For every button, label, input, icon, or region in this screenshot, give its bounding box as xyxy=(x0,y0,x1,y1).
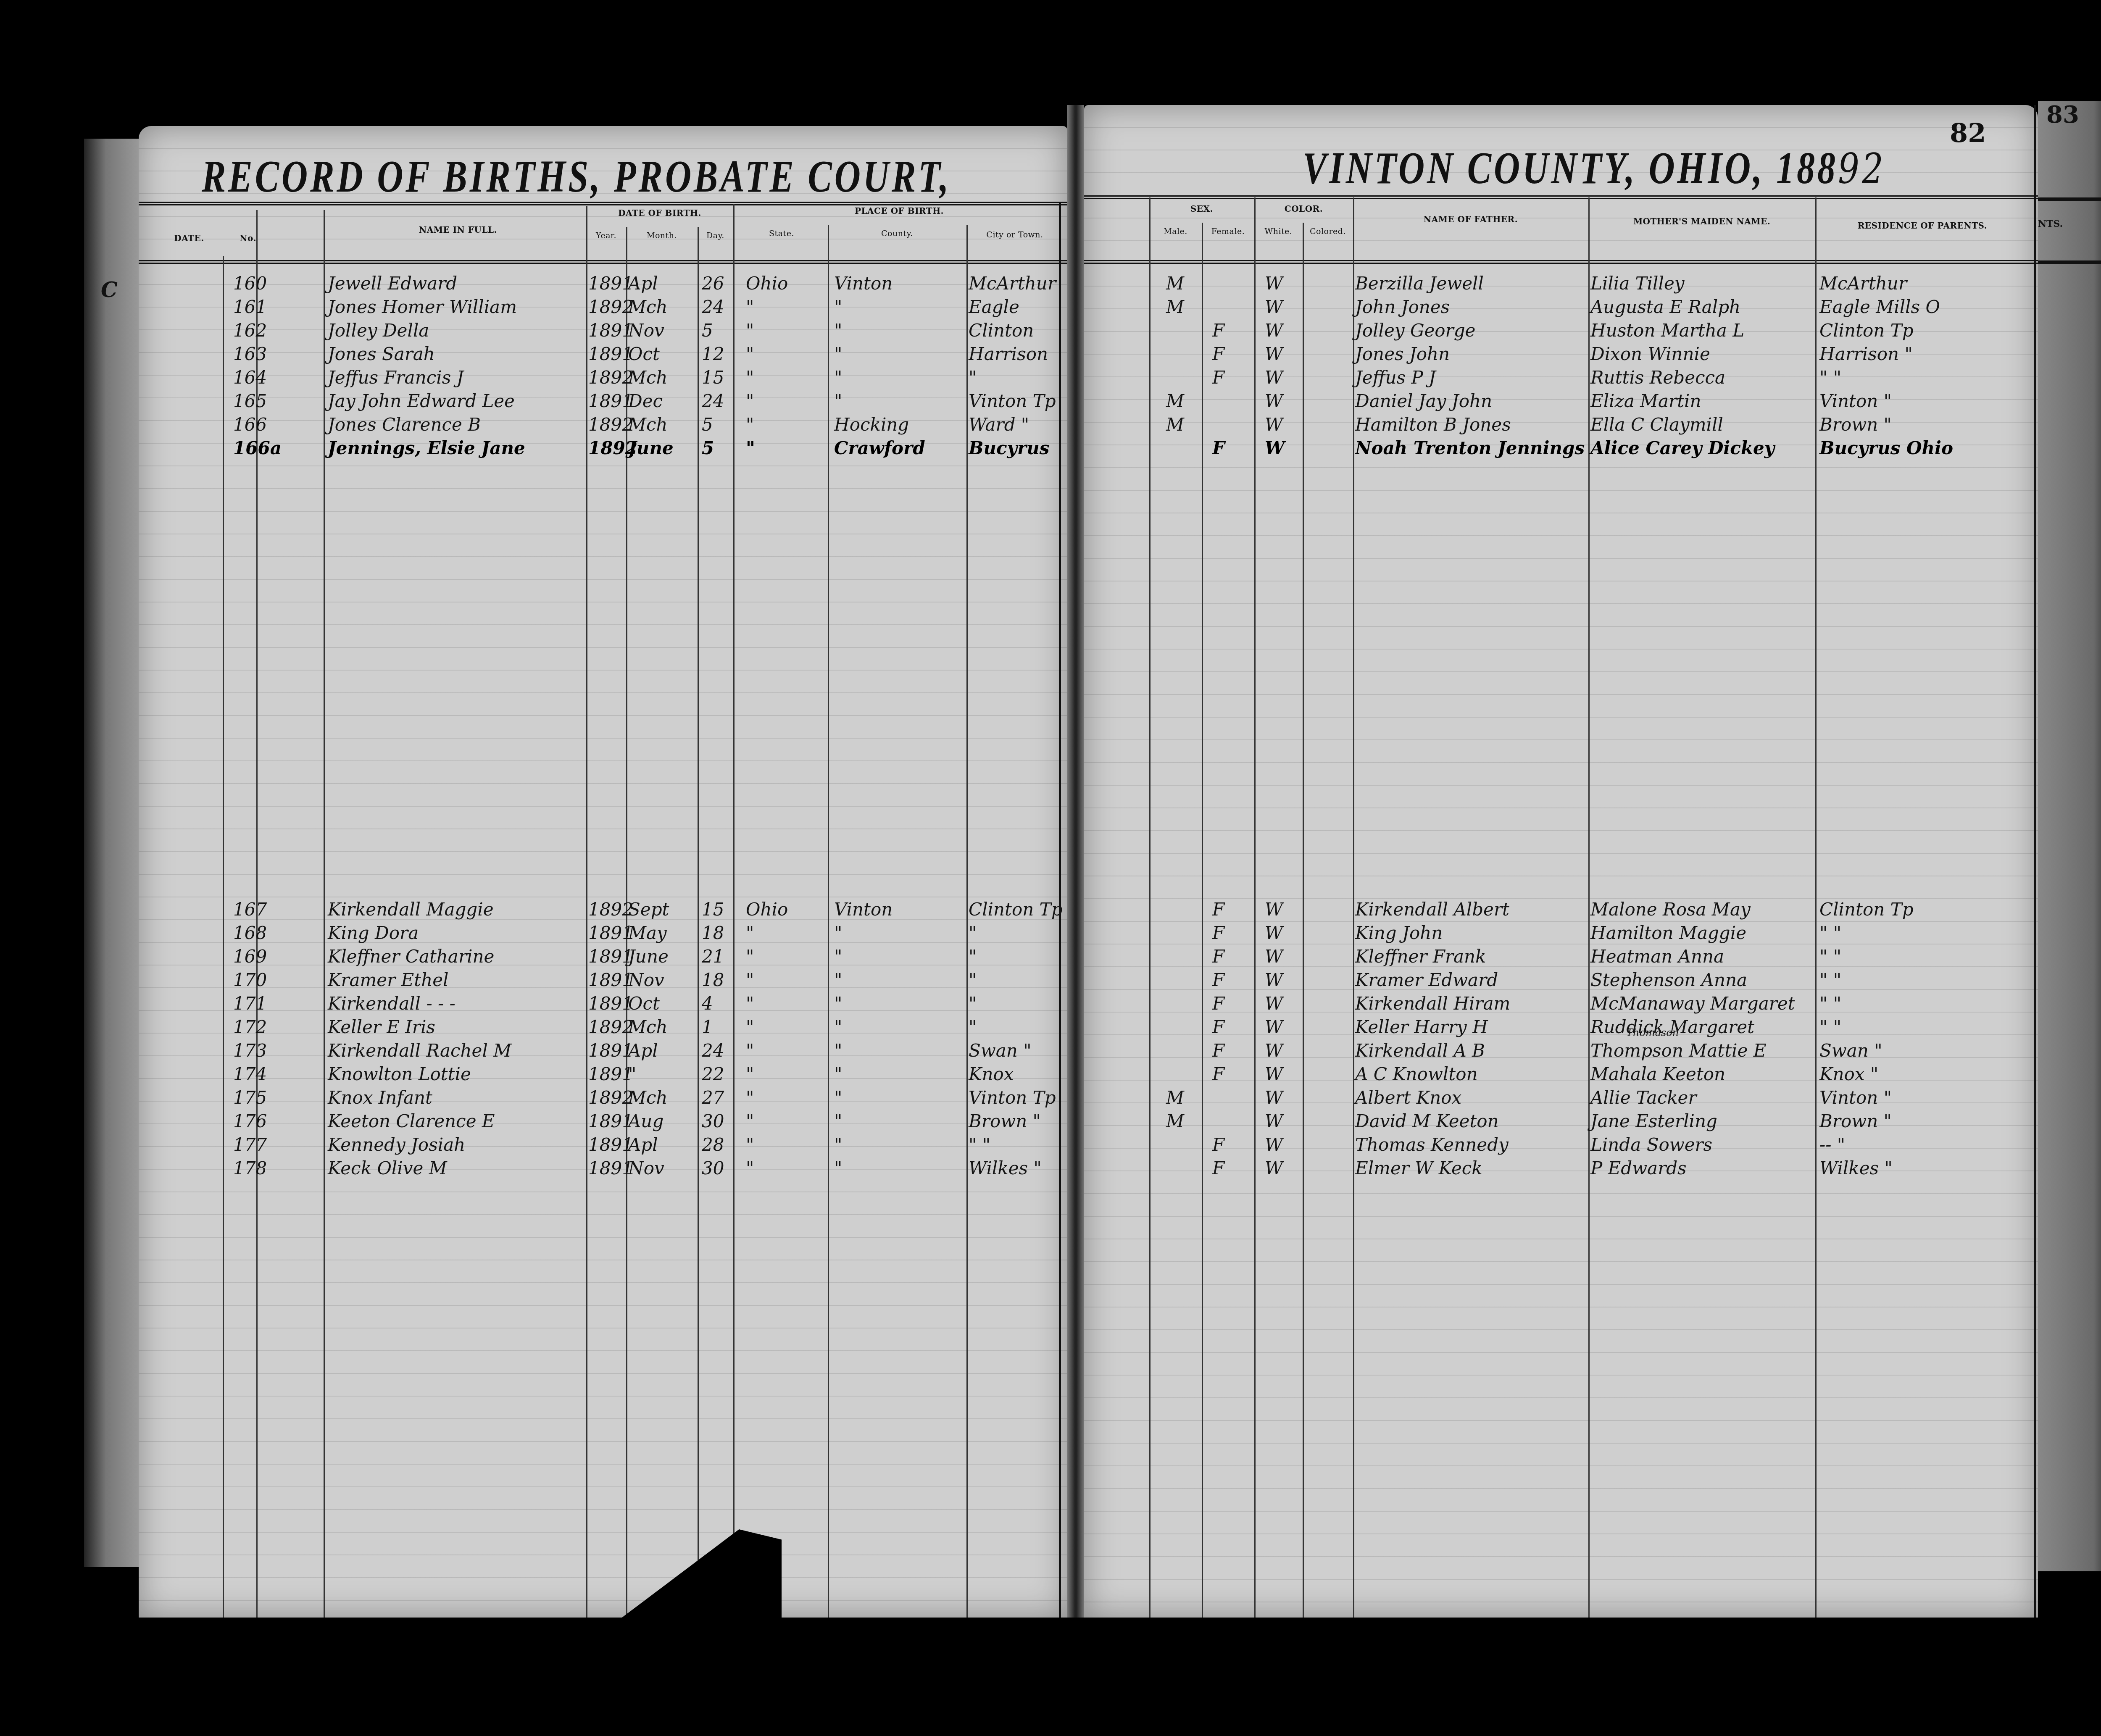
entry-day: 22 xyxy=(702,1064,724,1084)
entry-sex-male: M xyxy=(1166,1111,1184,1131)
entry-father: Jolley George xyxy=(1355,320,1475,341)
entry-year: 1891 xyxy=(588,391,633,411)
entry-color-white: W xyxy=(1265,414,1283,435)
entry-year: 1892 xyxy=(588,297,633,317)
entry-sex-female: F xyxy=(1212,970,1224,990)
entry-residence: -- " xyxy=(1819,1134,1845,1155)
county-title: VINTON COUNTY, OHIO, 188 xyxy=(1303,143,1838,193)
entry-name: Jolley Della xyxy=(328,320,429,341)
entry-father: Kirkendall Albert xyxy=(1355,899,1509,920)
column-header-city: City or Town. xyxy=(966,230,1063,239)
column-header-place-of-birth: PLACE OF BIRTH. xyxy=(735,206,1063,216)
entry-residence: Knox " xyxy=(1819,1064,1878,1084)
entry-number: 176 xyxy=(233,1111,267,1131)
entry-number: 171 xyxy=(233,993,267,1014)
entry-sex-female: F xyxy=(1212,946,1224,967)
entry-city: Brown " xyxy=(969,1111,1041,1131)
entry-father: Elmer W Keck xyxy=(1355,1158,1482,1178)
entry-father: Noah Trenton Jennings xyxy=(1355,438,1585,458)
divider xyxy=(2038,260,2101,264)
column-rule xyxy=(1149,197,1151,1618)
entry-county: " xyxy=(834,993,842,1014)
entry-mother: P Edwards xyxy=(1590,1158,1687,1178)
entry-state: " xyxy=(746,1134,754,1155)
entry-state: " xyxy=(746,970,754,990)
entry-number: 178 xyxy=(233,1158,267,1178)
entry-name: Jennings, Elsie Jane xyxy=(328,438,525,458)
entry-day: 28 xyxy=(702,1134,724,1155)
entry-residence: Clinton Tp xyxy=(1819,899,1914,920)
entry-city: Swan " xyxy=(969,1040,1031,1061)
column-header-date-of-birth: DATE OF BIRTH. xyxy=(586,208,733,218)
entry-number: 167 xyxy=(233,899,267,920)
entry-name: Jay John Edward Lee xyxy=(328,391,515,411)
entry-mother: Ruttis Rebecca xyxy=(1590,367,1725,388)
entry-year: 1891 xyxy=(588,320,633,341)
column-rule xyxy=(733,204,735,1618)
entry-city: Clinton Tp xyxy=(969,899,1063,920)
entry-city: " xyxy=(969,993,977,1014)
entry-color-white: W xyxy=(1265,1040,1283,1061)
entry-name: Knox Infant xyxy=(328,1087,432,1108)
entry-county: " xyxy=(834,344,842,364)
entry-name: Kirkendall Maggie xyxy=(328,899,494,920)
entry-mother: Linda Sowers xyxy=(1590,1134,1712,1155)
entry-number: 166 xyxy=(233,414,267,435)
entry-number: 175 xyxy=(233,1087,267,1108)
entry-father: Albert Knox xyxy=(1355,1087,1461,1108)
entry-mother: Augusta E Ralph xyxy=(1590,297,1740,317)
entry-county: " xyxy=(834,1017,842,1037)
entry-day: 30 xyxy=(702,1158,724,1178)
entry-color-white: W xyxy=(1265,923,1283,943)
entry-month: " xyxy=(628,1064,636,1084)
column-rule xyxy=(1303,223,1304,1618)
column-header-father: NAME OF FATHER. xyxy=(1353,214,1588,224)
entry-month: Apl xyxy=(628,273,658,294)
entry-color-white: W xyxy=(1265,344,1283,364)
column-rule xyxy=(1815,197,1817,1618)
entry-year: 1891 xyxy=(588,946,633,967)
column-header-month: Month. xyxy=(626,231,698,240)
entry-state: " xyxy=(746,1064,754,1084)
entry-city: Wilkes " xyxy=(969,1158,1042,1178)
entry-city: McArthur xyxy=(969,273,1056,294)
entry-state: Ohio xyxy=(746,899,788,920)
entry-color-white: W xyxy=(1265,1087,1283,1108)
entry-mother-correction: Thomason xyxy=(1626,1027,1679,1039)
entry-residence: Bucyrus Ohio xyxy=(1819,438,1953,458)
entry-day: 18 xyxy=(702,970,724,990)
entry-county: " xyxy=(834,367,842,388)
entry-residence: " " xyxy=(1819,993,1841,1014)
entry-residence: " " xyxy=(1819,367,1841,388)
entry-state: " xyxy=(746,1040,754,1061)
column-header-day: Day. xyxy=(698,231,733,240)
entry-color-white: W xyxy=(1265,946,1283,967)
entry-residence: Clinton Tp xyxy=(1819,320,1914,341)
entry-sex-female: F xyxy=(1212,320,1224,341)
entry-city: " xyxy=(969,1017,977,1037)
page-number: 82 xyxy=(1950,118,1986,148)
entry-mother: Allie Tacker xyxy=(1590,1087,1697,1108)
entry-year: 1891 xyxy=(588,993,633,1014)
entry-state: " xyxy=(746,438,755,458)
entry-mother: Lilia Tilley xyxy=(1590,273,1684,294)
entry-county: " xyxy=(834,297,842,317)
entry-residence: Brown " xyxy=(1819,414,1892,435)
entry-mother: Heatman Anna xyxy=(1590,946,1724,967)
entry-state: " xyxy=(746,344,754,364)
entry-day: 15 xyxy=(702,367,724,388)
entry-county: " xyxy=(834,1134,842,1155)
column-rule xyxy=(2034,105,2036,1618)
entry-residence: " " xyxy=(1819,946,1841,967)
entry-mother: Malone Rosa May xyxy=(1590,899,1751,920)
column-header-white: White. xyxy=(1254,227,1303,236)
entry-month: Mch xyxy=(628,367,668,388)
entry-month: Dec xyxy=(628,391,663,411)
entry-sex-female: F xyxy=(1212,1134,1224,1155)
entry-day: 21 xyxy=(702,946,724,967)
column-header-year: Year. xyxy=(586,231,626,240)
entry-residence: Wilkes " xyxy=(1819,1158,1893,1178)
column-rule xyxy=(626,227,627,1618)
entry-day: 27 xyxy=(702,1087,724,1108)
entry-mother: Alice Carey Dickey xyxy=(1590,438,1775,458)
entry-residence: McArthur xyxy=(1819,273,1907,294)
entry-name: Kramer Ethel xyxy=(328,970,448,990)
entry-year: 1892 xyxy=(588,1017,633,1037)
entry-state: " xyxy=(746,1017,754,1037)
entry-day: 1 xyxy=(702,1017,713,1037)
entry-month: Mch xyxy=(628,1087,668,1108)
entry-residence: Swan " xyxy=(1819,1040,1882,1061)
entry-name: Keck Olive M xyxy=(328,1158,447,1178)
entry-city: Clinton xyxy=(969,320,1034,341)
entry-residence: Vinton " xyxy=(1819,1087,1892,1108)
column-rule xyxy=(698,227,699,1618)
entry-father: King John xyxy=(1355,923,1443,943)
entry-color-white: W xyxy=(1265,899,1283,920)
entry-county: " xyxy=(834,1087,842,1108)
entry-year: 1892 xyxy=(588,367,633,388)
entry-city: Eagle xyxy=(969,297,1019,317)
entry-color-white: W xyxy=(1265,320,1283,341)
entry-month: Mch xyxy=(628,1017,668,1037)
entry-city: Harrison xyxy=(969,344,1048,364)
previous-page-edge: C xyxy=(84,139,139,1567)
entry-number: 164 xyxy=(233,367,267,388)
entry-name: Jones Sarah xyxy=(328,344,435,364)
entry-sex-female: F xyxy=(1212,1017,1224,1037)
entry-mother: Mahala Keeton xyxy=(1590,1064,1725,1084)
entry-year: 1891 xyxy=(588,1158,633,1178)
column-header-county: County. xyxy=(828,229,966,238)
entry-sex-male: M xyxy=(1166,391,1184,411)
entry-state: " xyxy=(746,391,754,411)
entry-name: Kirkendall Rachel M xyxy=(328,1040,511,1061)
entry-city: Vinton Tp xyxy=(969,1087,1056,1108)
entry-father: Kramer Edward xyxy=(1355,970,1498,990)
entry-mother: Dixon Winnie xyxy=(1590,344,1710,364)
entry-mother: Hamilton Maggie xyxy=(1590,923,1746,943)
entry-month: Oct xyxy=(628,993,660,1014)
entry-color-white: W xyxy=(1265,1158,1283,1178)
entry-state: " xyxy=(746,414,754,435)
entry-father: Berzilla Jewell xyxy=(1355,273,1484,294)
entry-father: Jeffus P J xyxy=(1355,367,1436,388)
entry-day: 30 xyxy=(702,1111,724,1131)
column-header-male: Male. xyxy=(1149,227,1202,236)
entry-color-white: W xyxy=(1265,970,1283,990)
entry-month: Sept xyxy=(628,899,669,920)
entry-city: Vinton Tp xyxy=(969,391,1056,411)
entry-color-white: W xyxy=(1265,993,1283,1014)
entry-day: 5 xyxy=(702,320,713,341)
entry-city: Knox xyxy=(969,1064,1014,1084)
column-header-state: State. xyxy=(735,229,828,238)
entry-month: Mch xyxy=(628,297,668,317)
next-page-edge: 83 NTS. xyxy=(2038,101,2101,1571)
entry-year: 1892 xyxy=(588,414,633,435)
entry-month: Nov xyxy=(628,320,664,341)
entry-year: 1891 xyxy=(588,970,633,990)
entry-name: Jeffus Francis J xyxy=(328,367,463,388)
column-rule xyxy=(324,210,325,1618)
entry-day: 24 xyxy=(702,391,724,411)
entry-month: May xyxy=(628,923,667,943)
column-rule xyxy=(1202,223,1203,1618)
entry-father: A C Knowlton xyxy=(1355,1064,1477,1084)
entry-father: Daniel Jay John xyxy=(1355,391,1492,411)
entry-sex-female: F xyxy=(1212,899,1224,920)
entry-month: June xyxy=(628,438,674,458)
entry-state: " xyxy=(746,946,754,967)
entry-year: 1891 xyxy=(588,1064,633,1084)
entry-father: David M Keeton xyxy=(1355,1111,1499,1131)
entry-state: " xyxy=(746,923,754,943)
entry-residence: " " xyxy=(1819,1017,1841,1037)
entry-mother: Thompson Mattie E xyxy=(1590,1040,1766,1061)
entry-city: Bucyrus xyxy=(969,438,1049,458)
entry-number: 168 xyxy=(233,923,267,943)
entry-name: Keller E Iris xyxy=(328,1017,435,1037)
entry-county: Hocking xyxy=(834,414,909,435)
entry-number: 169 xyxy=(233,946,267,967)
entry-year: 1892 xyxy=(588,899,633,920)
entry-mother: Eliza Martin xyxy=(1590,391,1701,411)
entry-name: Kirkendall - - - xyxy=(328,993,455,1014)
entry-residence: Eagle Mills O xyxy=(1819,297,1940,317)
entry-number: 174 xyxy=(233,1064,267,1084)
entry-residence: " " xyxy=(1819,970,1841,990)
entry-year: 1891 xyxy=(588,923,633,943)
entry-mother: Jane Esterling xyxy=(1590,1111,1717,1131)
entry-county: " xyxy=(834,923,842,943)
adjacent-page-number: 83 xyxy=(2046,101,2079,129)
entry-state: " xyxy=(746,1111,754,1131)
entry-county: Vinton xyxy=(834,273,893,294)
entry-father: John Jones xyxy=(1355,297,1450,317)
entry-county: " xyxy=(834,320,842,341)
entry-county: " xyxy=(834,1111,842,1131)
entry-month: Aug xyxy=(628,1111,663,1131)
column-rule xyxy=(1588,197,1590,1618)
entry-month: Nov xyxy=(628,970,664,990)
column-header-color: COLOR. xyxy=(1254,204,1353,214)
entry-mother: Huston Martha L xyxy=(1590,320,1744,341)
entry-color-white: W xyxy=(1265,1111,1283,1131)
entry-name: Jones Clarence B xyxy=(328,414,481,435)
entry-county: Vinton xyxy=(834,899,893,920)
entry-sex-female: F xyxy=(1212,344,1224,364)
left-page-title: RECORD OF BIRTHS, PROBATE COURT, xyxy=(202,150,951,203)
entry-mother: McManaway Margaret xyxy=(1590,993,1795,1014)
entry-name: Keeton Clarence E xyxy=(328,1111,495,1131)
entry-state: " xyxy=(746,320,754,341)
entry-month: Mch xyxy=(628,414,668,435)
adjacent-header-fragment: NTS. xyxy=(2038,218,2063,229)
entry-county: " xyxy=(834,970,842,990)
entry-number: 166a xyxy=(233,438,282,458)
entry-state: " xyxy=(746,993,754,1014)
divider xyxy=(2038,197,2101,201)
entry-name: Jones Homer William xyxy=(328,297,517,317)
entry-county: Crawford xyxy=(834,438,925,458)
column-header-date: DATE. xyxy=(160,233,219,243)
entry-name: Knowlton Lottie xyxy=(328,1064,471,1084)
entry-state: Ohio xyxy=(746,273,788,294)
entry-father: Kirkendall Hiram xyxy=(1355,993,1510,1014)
entry-color-white: W xyxy=(1265,1134,1283,1155)
entry-city: " " xyxy=(969,1134,990,1155)
entry-state: " xyxy=(746,297,754,317)
entry-day: 5 xyxy=(702,438,714,458)
entry-city: Ward " xyxy=(969,414,1029,435)
column-header-residence: RESIDENCE OF PARENTS. xyxy=(1815,221,2030,231)
entry-county: " xyxy=(834,1064,842,1084)
entry-mother: Stephenson Anna xyxy=(1590,970,1747,990)
entry-sex-female: F xyxy=(1212,923,1224,943)
entry-city: " xyxy=(969,367,977,388)
entry-sex-female: F xyxy=(1212,1040,1224,1061)
column-header-name: NAME IN FULL. xyxy=(328,225,588,235)
entry-color-white: W xyxy=(1265,297,1283,317)
entry-month: Oct xyxy=(628,344,660,364)
entry-name: Kennedy Josiah xyxy=(328,1134,465,1155)
handwritten-year-suffix: 92 xyxy=(1838,145,1886,193)
entry-residence: Brown " xyxy=(1819,1111,1892,1131)
entry-number: 162 xyxy=(233,320,267,341)
column-rule xyxy=(586,206,587,1618)
entry-name: Kleffner Catharine xyxy=(328,946,494,967)
entry-father: Hamilton B Jones xyxy=(1355,414,1511,435)
entry-color-white: W xyxy=(1265,273,1283,294)
entry-month: June xyxy=(628,946,669,967)
entry-sex-female: F xyxy=(1212,438,1225,458)
entry-state: " xyxy=(746,1158,754,1178)
entry-year: 1891 xyxy=(588,1134,633,1155)
entry-sex-male: M xyxy=(1166,1087,1184,1108)
entry-number: 163 xyxy=(233,344,267,364)
entry-year: 1891 xyxy=(588,1111,633,1131)
entry-number: 177 xyxy=(233,1134,267,1155)
entry-number: 165 xyxy=(233,391,267,411)
entry-county: " xyxy=(834,946,842,967)
entry-month: Apl xyxy=(628,1040,658,1061)
entry-day: 26 xyxy=(702,273,724,294)
entry-year: 1891 xyxy=(588,1040,633,1061)
entry-sex-female: F xyxy=(1212,1064,1224,1084)
book-spine xyxy=(1067,105,1084,1626)
entry-day: 24 xyxy=(702,297,724,317)
entry-month: Nov xyxy=(628,1158,664,1178)
column-header-female: Female. xyxy=(1202,227,1254,236)
entry-year: 1891 xyxy=(588,344,633,364)
column-header-mother: MOTHER'S MAIDEN NAME. xyxy=(1588,216,1815,226)
entry-state: " xyxy=(746,1087,754,1108)
margin-mark: C xyxy=(101,277,118,302)
entry-residence: Vinton " xyxy=(1819,391,1892,411)
entry-city: " xyxy=(969,970,977,990)
entry-residence: " " xyxy=(1819,923,1841,943)
entry-day: 18 xyxy=(702,923,724,943)
column-rule xyxy=(223,256,224,1618)
entry-father: Keller Harry H xyxy=(1355,1017,1488,1037)
entry-father: Thomas Kennedy xyxy=(1355,1134,1509,1155)
entry-sex-male: M xyxy=(1166,297,1184,317)
entry-father: Kleffner Frank xyxy=(1355,946,1486,967)
scan-background xyxy=(0,1618,2101,1736)
entry-residence: Harrison " xyxy=(1819,344,1913,364)
entry-color-white: W xyxy=(1265,1017,1283,1037)
entry-sex-female: F xyxy=(1212,993,1224,1014)
entry-year: 1892 xyxy=(588,1087,633,1108)
entry-county: " xyxy=(834,1040,842,1061)
column-header-colored: Colored. xyxy=(1303,227,1353,236)
column-rule xyxy=(828,225,829,1618)
entry-number: 173 xyxy=(233,1040,267,1061)
column-rule xyxy=(1254,197,1256,1618)
entry-number: 170 xyxy=(233,970,267,990)
entry-sex-female: F xyxy=(1212,367,1224,388)
entry-color-white: W xyxy=(1265,367,1283,388)
entry-number: 160 xyxy=(233,273,267,294)
entry-father: Jones John xyxy=(1355,344,1450,364)
entry-county: " xyxy=(834,1158,842,1178)
column-header-sex: SEX. xyxy=(1149,204,1254,214)
entry-month: Apl xyxy=(628,1134,658,1155)
entry-day: 5 xyxy=(702,414,713,435)
entry-number: 172 xyxy=(233,1017,267,1037)
entry-color-white: W xyxy=(1265,438,1285,458)
entry-city: " xyxy=(969,946,977,967)
entry-year: 1891 xyxy=(588,273,633,294)
entry-mother: Ella C Claymill xyxy=(1590,414,1723,435)
entry-day: 24 xyxy=(702,1040,724,1061)
entry-father: Kirkendall A B xyxy=(1355,1040,1485,1061)
entry-sex-male: M xyxy=(1166,273,1184,294)
entry-city: " xyxy=(969,923,977,943)
entry-day: 15 xyxy=(702,899,724,920)
column-rule xyxy=(1353,197,1354,1618)
entry-name: King Dora xyxy=(328,923,419,943)
entry-color-white: W xyxy=(1265,1064,1283,1084)
column-rule xyxy=(966,225,968,1618)
entry-name: Jewell Edward xyxy=(328,273,457,294)
entry-county: " xyxy=(834,391,842,411)
